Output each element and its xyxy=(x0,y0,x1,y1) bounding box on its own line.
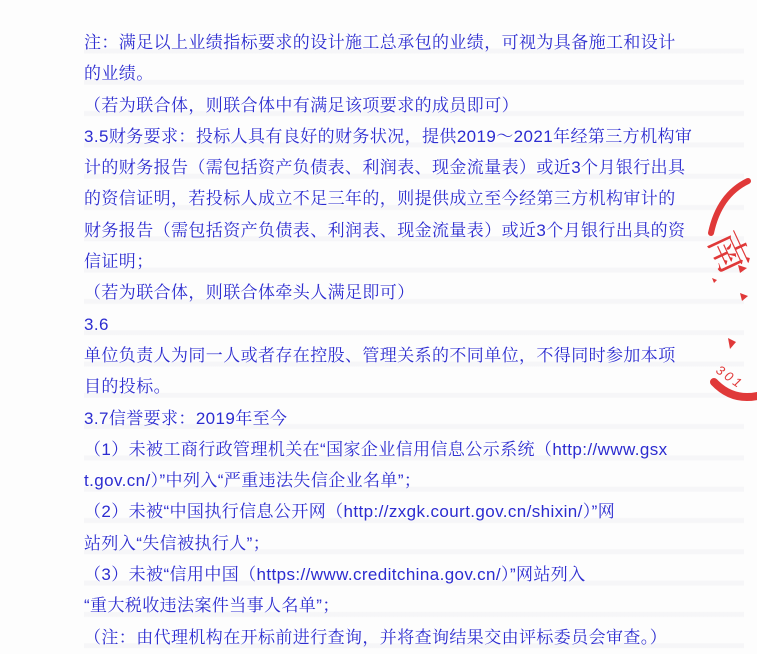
text-line: （2）未被“中国执行信息公开网（http://zxgk.court.gov.cn… xyxy=(84,496,744,527)
text-line: 财务报告（需包括资产负债表、利润表、现金流量表）或近3个月银行出具的资 xyxy=(84,215,744,246)
text-line: 的资信证明，若投标人成立不足三年的，则提供成立至今经第三方机构审计的 xyxy=(84,183,744,214)
text-line: （若为联合体，则联合体中有满足该项要求的成员即可） xyxy=(84,90,744,121)
text-line: 站列入“失信被执行人”； xyxy=(84,528,744,559)
text-line: t.gov.cn/）”中列入“严重违法失信企业名单”； xyxy=(84,465,744,496)
text-line: 3.5财务要求：投标人具有良好的财务状况，提供2019～2021年经第三方机构审 xyxy=(84,121,744,152)
text-line: 目的投标。 xyxy=(84,371,744,402)
document-text-block: 注：满足以上业绩指标要求的设计施工总承包的业绩，可视为具备施工和设计 的业绩。 … xyxy=(84,27,744,653)
text-line: （1）未被工商行政管理机关在“国家企业信用信息公示系统（http://www.g… xyxy=(84,434,744,465)
text-line: 单位负责人为同一人或者存在控股、管理关系的不同单位，不得同时参加本项 xyxy=(84,340,744,371)
text-line: 注：满足以上业绩指标要求的设计施工总承包的业绩，可视为具备施工和设计 xyxy=(84,27,744,58)
text-line: 计的财务报告（需包括资产负债表、利润表、现金流量表）或近3个月银行出具 xyxy=(84,152,744,183)
text-line: （3）未被“信用中国（https://www.creditchina.gov.c… xyxy=(84,559,744,590)
text-line: （注：由代理机构在开标前进行查询，并将查询结果交由评标委员会审查。） xyxy=(84,622,744,653)
text-line: “重大税收违法案件当事人名单”； xyxy=(84,590,744,621)
text-line: 的业绩。 xyxy=(84,58,744,89)
text-line: 3.7信誉要求：2019年至今 xyxy=(84,403,744,434)
text-line: 3.6 xyxy=(84,309,744,340)
text-line: （若为联合体，则联合体牵头人满足即可） xyxy=(84,277,744,308)
text-line: 信证明； xyxy=(84,246,744,277)
